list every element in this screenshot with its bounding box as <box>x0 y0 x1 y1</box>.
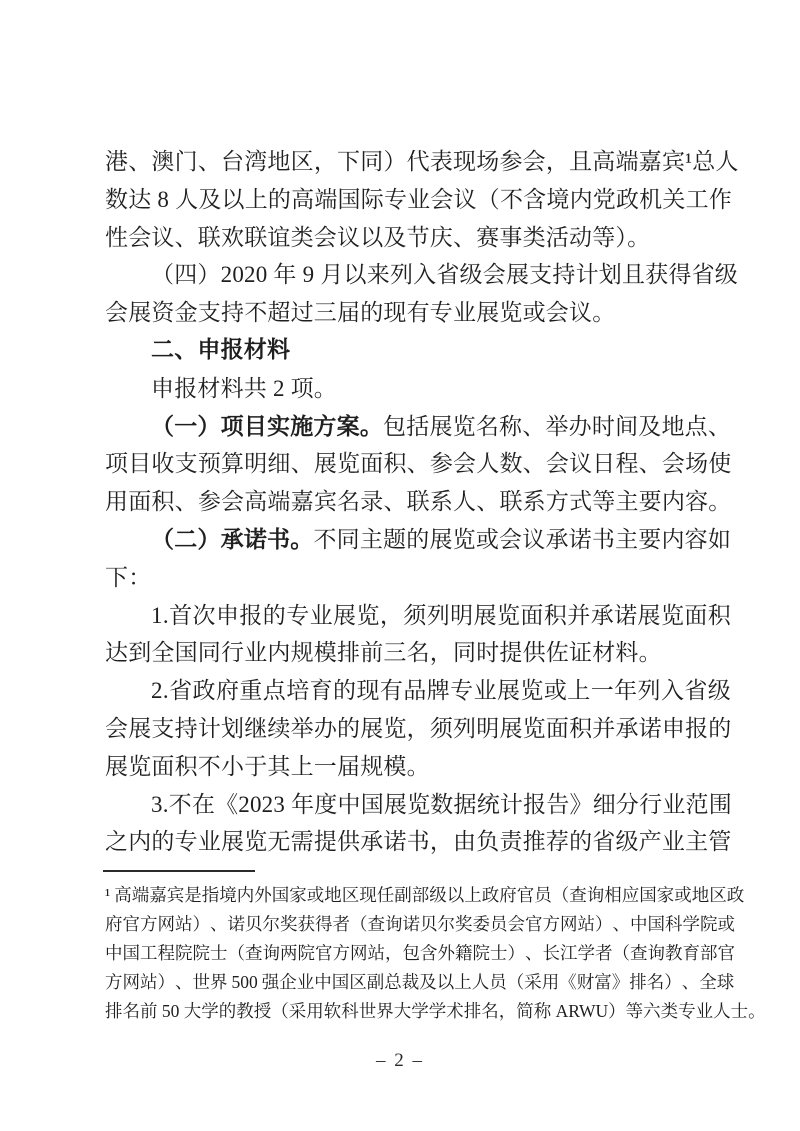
text-line: 2.省政府重点培育的现有品牌专业展览或上一年列入省级 <box>105 672 731 710</box>
text-line: ¹ 高端嘉宾是指境内外国家或地区现任副部级以上政府官员（查询相应国家或地区政 <box>105 881 731 910</box>
text-line: 数达 8 人及以上的高端国际专业会议（不含境内党政机关工作 <box>105 181 731 219</box>
text-line: 1.首次申报的专业展览，须列明展览面积并承诺展览面积 <box>105 597 731 635</box>
text-line: 下： <box>105 559 731 597</box>
text-line: 性会议、联欢联谊类会议以及节庆、赛事类活动等）。 <box>105 219 731 257</box>
document-body: 港、澳门、台湾地区，下同）代表现场参会，且高端嘉宾¹总人数达 8 人及以上的高端… <box>105 143 731 861</box>
text-line: 港、澳门、台湾地区，下同）代表现场参会，且高端嘉宾¹总人 <box>105 143 731 181</box>
text-line: 会展资金支持不超过三届的现有专业展览或会议。 <box>105 294 731 332</box>
text-line: 会展支持计划继续举办的展览，须列明展览面积并承诺申报的 <box>105 710 731 748</box>
text-line: （四）2020 年 9 月以来列入省级会展支持计划且获得省级 <box>105 256 731 294</box>
text-line: 用面积、参会高端嘉宾名录、联系人、联系方式等主要内容。 <box>105 483 731 521</box>
text-line: 申报材料共 2 项。 <box>105 370 731 408</box>
page-number: – 2 – <box>0 1050 800 1072</box>
document-page: 港、澳门、台湾地区，下同）代表现场参会，且高端嘉宾¹总人数达 8 人及以上的高端… <box>0 0 800 1131</box>
text-line: 排名前 50 大学的教授（采用软科世界大学学术排名，简称 ARWU）等六类专业人… <box>105 997 731 1026</box>
text-line: 之内的专业展览无需提供承诺书，由负责推荐的省级产业主管 <box>105 823 731 861</box>
text-line: （一）项目实施方案。包括展览名称、举办时间及地点、 <box>105 408 731 446</box>
text-line: 中国工程院院士（查询两院官方网站，包含外籍院士）、长江学者（查询教育部官 <box>105 939 731 968</box>
section-heading: 二、申报材料 <box>105 332 731 370</box>
text-line: （二）承诺书。不同主题的展览或会议承诺书主要内容如 <box>105 521 731 559</box>
footnote-divider <box>103 870 255 872</box>
footnote: ¹ 高端嘉宾是指境内外国家或地区现任副部级以上政府官员（查询相应国家或地区政府官… <box>105 881 731 1026</box>
text-line: 3.不在《2023 年度中国展览数据统计报告》细分行业范围 <box>105 786 731 824</box>
text-line: 展览面积不小于其上一届规模。 <box>105 748 731 786</box>
text-line: 方网站）、世界 500 强企业中国区副总裁及以上人员（采用《财富》排名）、全球 <box>105 968 731 997</box>
text-line: 达到全国同行业内规模排前三名，同时提供佐证材料。 <box>105 634 731 672</box>
text-line: 项目收支预算明细、展览面积、参会人数、会议日程、会场使 <box>105 445 731 483</box>
text-line: 府官方网站）、诺贝尔奖获得者（查询诺贝尔奖委员会官方网站）、中国科学院或 <box>105 910 731 939</box>
